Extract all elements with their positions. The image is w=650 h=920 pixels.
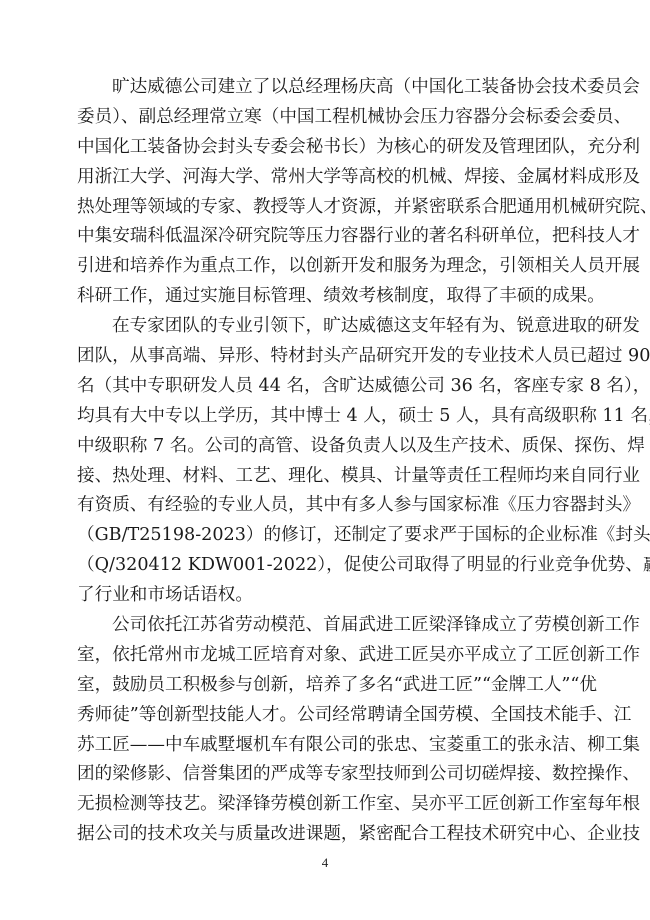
- text-line: 中级职称 7 名。公司的高管、设备负责人以及生产技术、质保、探伤、焊: [77, 432, 575, 462]
- text-line: 公司依托江苏省劳动模范、首届武进工匠梁泽锋成立了劳模创新工作: [77, 611, 575, 641]
- paragraph-1: 旷达威德公司建立了以总经理杨庆高（中国化工装备协会技术委员会 委员）、副总经理常…: [77, 73, 575, 312]
- text-line: 接、热处理、材料、工艺、理化、模具、计量等责任工程师均来自同行业: [77, 462, 575, 492]
- text-line: 据公司的技术攻关与质量改进课题，紧密配合工程技术研究中心、企业技: [77, 820, 575, 850]
- text-line: 热处理等领域的专家、教授等人才资源，并紧密联系合肥通用机械研究院、: [77, 193, 575, 223]
- text-line: 秀师徒”等创新型技能人才。公司经常聘请全国劳模、全国技术能手、江: [77, 701, 575, 731]
- text-line: 中集安瑞科低温深冷研究院等压力容器行业的著名科研单位，把科技人才: [77, 222, 575, 252]
- text-line: 委员）、副总经理常立寒（中国工程机械协会压力容器分会标委会委员、: [77, 103, 575, 133]
- page-number: 4: [0, 855, 650, 871]
- body-text: 旷达威德公司建立了以总经理杨庆高（中国化工装备协会技术委员会 委员）、副总经理常…: [77, 73, 575, 850]
- text-line: 科研工作，通过实施目标管理、绩效考核制度，取得了丰硕的成果。: [77, 282, 575, 312]
- text-line: 苏工匠——中车戚墅堰机车有限公司的张忠、宝菱重工的张永洁、柳工集: [77, 731, 575, 761]
- text-line: 中国化工装备协会封头专委会秘书长）为核心的研发及管理团队，充分利: [77, 133, 575, 163]
- text-line: 室，依托常州市龙城工匠培育对象、武进工匠吴亦平成立了工匠创新工作: [77, 641, 575, 671]
- text-line: （Q/320412 KDW001-2022），促使公司取得了明显的行业竞争优势、…: [77, 551, 575, 581]
- text-line: 室，鼓励员工积极参与创新，培养了多名“武进工匠”“金牌工人”“优: [77, 671, 575, 701]
- text-line: 引进和培养作为重点工作，以创新开发和服务为理念，引领相关人员开展: [77, 252, 575, 282]
- text-line: 团队，从事高端、异形、特材封头产品研究开发的专业技术人员已超过 90: [77, 342, 575, 372]
- text-line: 名（其中专职研发人员 44 名，含旷达威德公司 36 名，客座专家 8 名），: [77, 372, 575, 402]
- document-page: 旷达威德公司建立了以总经理杨庆高（中国化工装备协会技术委员会 委员）、副总经理常…: [0, 0, 650, 920]
- text-line: 了行业和市场话语权。: [77, 581, 575, 611]
- text-line: 在专家团队的专业引领下，旷达威德这支年轻有为、锐意进取的研发: [77, 312, 575, 342]
- paragraph-2: 在专家团队的专业引领下，旷达威德这支年轻有为、锐意进取的研发 团队，从事高端、异…: [77, 312, 575, 611]
- text-line: 无损检测等技艺。梁泽锋劳模创新工作室、吴亦平工匠创新工作室每年根: [77, 790, 575, 820]
- text-line: 旷达威德公司建立了以总经理杨庆高（中国化工装备协会技术委员会: [77, 73, 575, 103]
- text-line: 有资质、有经验的专业人员，其中有多人参与国家标准《压力容器封头》: [77, 491, 575, 521]
- text-line: 均具有大中专以上学历，其中博士 4 人，硕士 5 人，具有高级职称 11 名，: [77, 402, 575, 432]
- text-line: （GB/T25198-2023）的修订，还制定了要求严于国标的企业标准《封头》: [77, 521, 575, 551]
- text-line: 团的梁修影、信誉集团的严成等专家型技师到公司切磋焊接、数控操作、: [77, 760, 575, 790]
- paragraph-3: 公司依托江苏省劳动模范、首届武进工匠梁泽锋成立了劳模创新工作 室，依托常州市龙城…: [77, 611, 575, 850]
- text-line: 用浙江大学、河海大学、常州大学等高校的机械、焊接、金属材料成形及: [77, 163, 575, 193]
